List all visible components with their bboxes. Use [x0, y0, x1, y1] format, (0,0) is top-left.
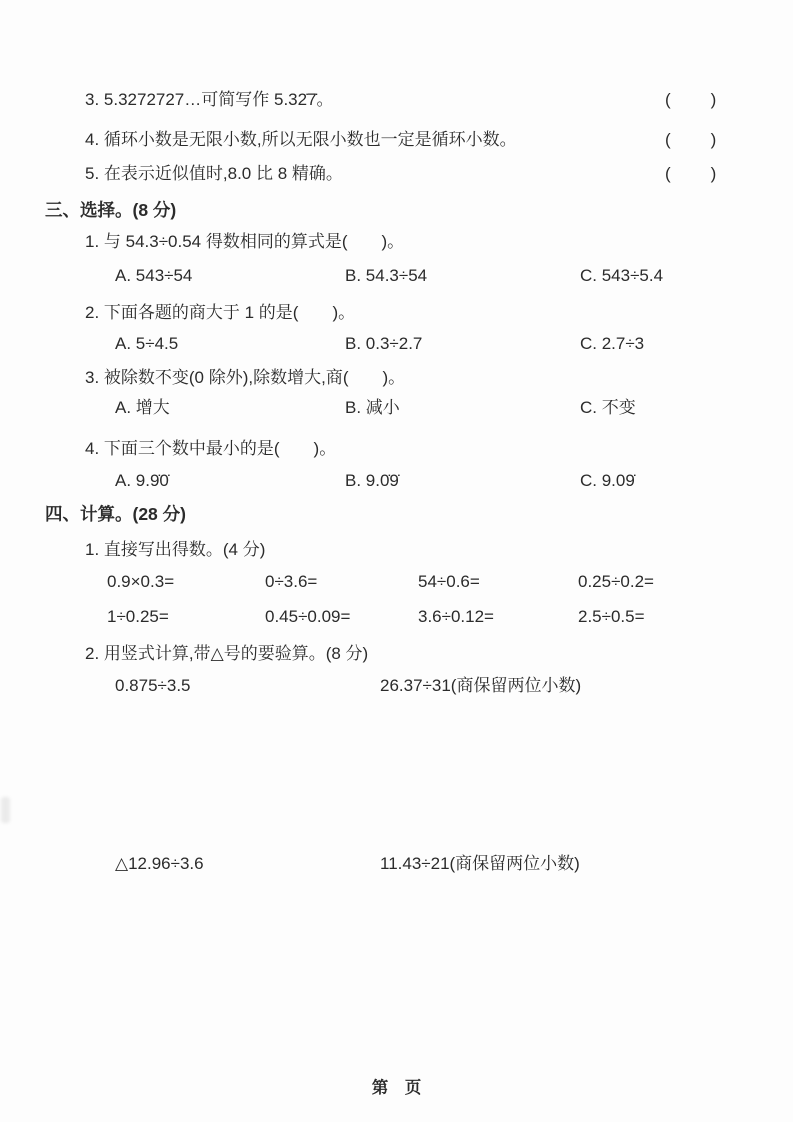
choice-q4-option-a: A. 9.9̇0̇ — [115, 471, 169, 491]
page-footer: 第 页 — [0, 1078, 793, 1098]
direct-expression: 2.5÷0.5= — [578, 607, 645, 627]
choice-q3-option-a: A. 增大 — [115, 398, 170, 418]
choice-q4-stem: 4. 下面三个数中最小的是( )。 — [85, 439, 336, 459]
choice-q2-option-c: C. 2.7÷3 — [580, 334, 644, 354]
direct-expression: 0.9×0.3= — [107, 572, 174, 592]
vertical-expression: 0.875÷3.5 — [115, 676, 191, 696]
direct-expression: 0.25÷0.2= — [578, 572, 654, 592]
calc-vertical-label: 2. 用竖式计算,带△号的要验算。(8 分) — [85, 644, 368, 664]
choice-q2-option-b: B. 0.3÷2.7 — [345, 334, 422, 354]
choice-q1-option-b: B. 54.3÷54 — [345, 266, 427, 286]
judge-item-4: 4. 循环小数是无限小数,所以无限小数也一定是循环小数。 ( ) — [85, 130, 745, 150]
direct-expression: 0.45÷0.09= — [265, 607, 350, 627]
choice-q1-stem: 1. 与 54.3÷0.54 得数相同的算式是( )。 — [85, 232, 404, 252]
choice-q3-stem: 3. 被除数不变(0 除外),除数增大,商( )。 — [85, 368, 405, 388]
judge-item-3-text: 3. 5.3272727…可简写作 5.32̇7̇。 — [85, 90, 334, 109]
choice-q2-stem: 2. 下面各题的商大于 1 的是( )。 — [85, 303, 355, 323]
judge-item-5-text: 5. 在表示近似值时,8.0 比 8 精确。 — [85, 164, 343, 183]
direct-expression: 1÷0.25= — [107, 607, 169, 627]
vertical-expression: 11.43÷21(商保留两位小数) — [380, 854, 580, 874]
page-number-label: 第 页 — [372, 1079, 422, 1097]
vertical-expression: △12.96÷3.6 — [115, 854, 204, 874]
scan-artifact — [1, 797, 10, 823]
choice-q1-option-c: C. 543÷5.4 — [580, 266, 663, 286]
judge-item-5: 5. 在表示近似值时,8.0 比 8 精确。 ( ) — [85, 164, 745, 184]
calc-direct-label: 1. 直接写出得数。(4 分) — [85, 540, 265, 560]
judge-item-3-answer-blank: ( ) — [665, 90, 718, 110]
judge-item-3: 3. 5.3272727…可简写作 5.32̇7̇。 ( ) — [85, 90, 745, 110]
choice-q4-option-c: C. 9.09̇ — [580, 471, 635, 491]
choice-q3-option-b: B. 减小 — [345, 398, 400, 418]
section-calc-header: 四、计算。(28 分) — [45, 504, 186, 524]
judge-item-4-answer-blank: ( ) — [665, 130, 718, 150]
direct-expression: 0÷3.6= — [265, 572, 317, 592]
section-choice-header: 三、选择。(8 分) — [45, 200, 176, 220]
worksheet-page: 3. 5.3272727…可简写作 5.32̇7̇。 ( ) 4. 循环小数是无… — [0, 0, 793, 1122]
judge-item-4-text: 4. 循环小数是无限小数,所以无限小数也一定是循环小数。 — [85, 130, 517, 149]
choice-q3-option-c: C. 不变 — [580, 398, 636, 418]
direct-expression: 3.6÷0.12= — [418, 607, 494, 627]
choice-q1-option-a: A. 543÷54 — [115, 266, 192, 286]
judge-item-5-answer-blank: ( ) — [665, 164, 718, 184]
choice-q2-option-a: A. 5÷4.5 — [115, 334, 178, 354]
vertical-expression: 26.37÷31(商保留两位小数) — [380, 676, 581, 696]
choice-q4-option-b: B. 9.0̇9̇ — [345, 471, 399, 491]
direct-expression: 54÷0.6= — [418, 572, 480, 592]
